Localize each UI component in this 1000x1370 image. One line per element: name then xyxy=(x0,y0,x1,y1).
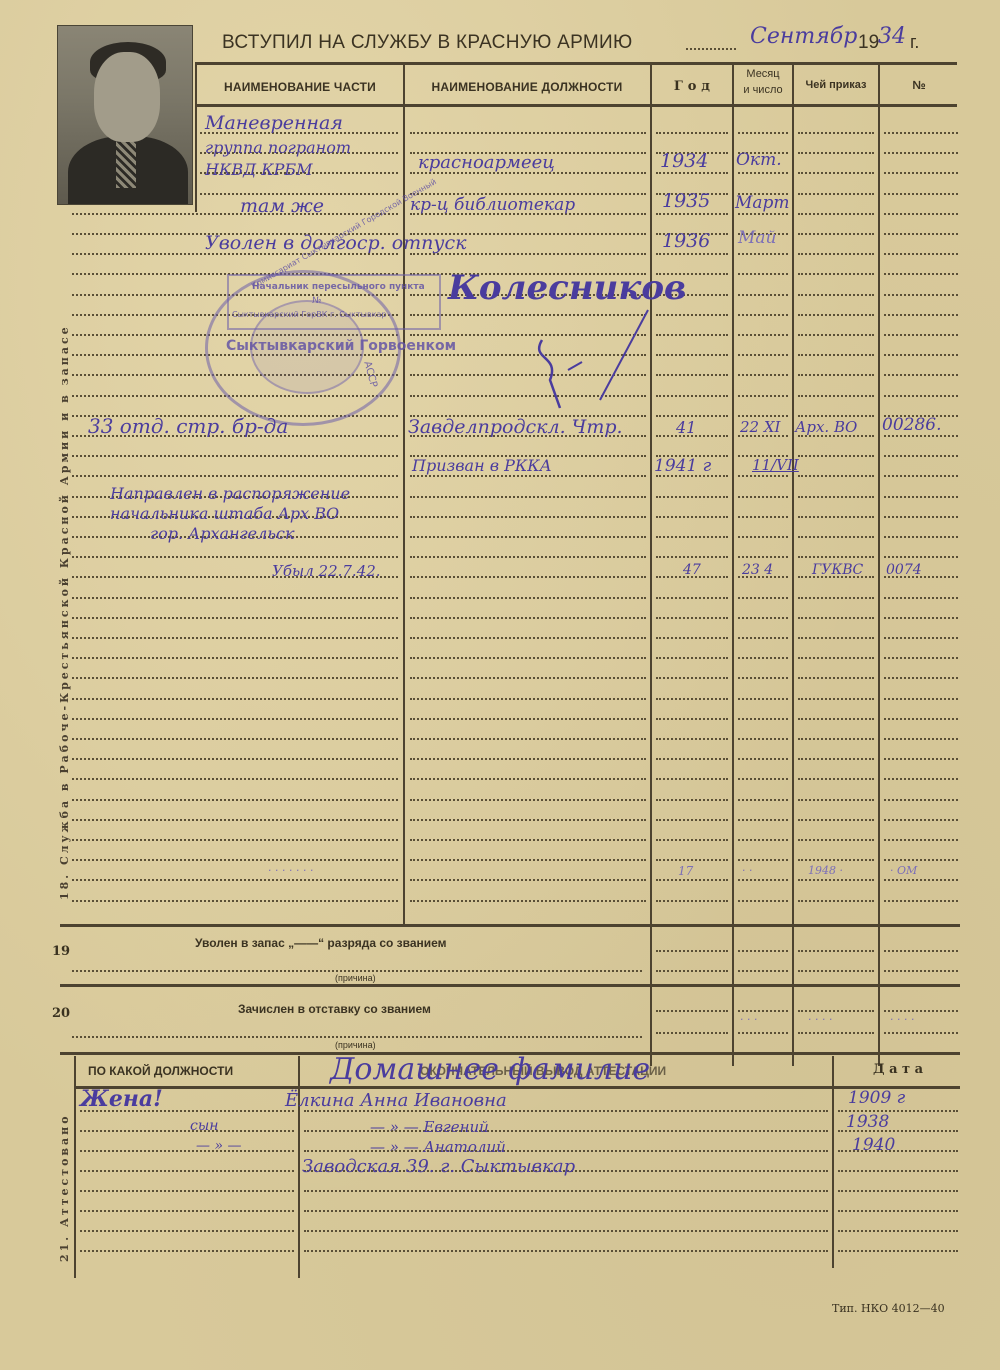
ruled-line xyxy=(410,799,646,801)
entry-month: 22 XI xyxy=(740,418,780,436)
ruled-line xyxy=(738,637,788,639)
section-21-header-date: Д а т а xyxy=(873,1062,923,1077)
faint-unit: · · · · · · · xyxy=(268,864,313,877)
ruled-line xyxy=(798,778,874,780)
ruled-line xyxy=(738,536,788,538)
ruled-line xyxy=(884,839,958,841)
ruled-line xyxy=(884,253,958,255)
ruled-line xyxy=(656,900,728,902)
ruled-line xyxy=(884,597,958,599)
faint-mark: · · · · xyxy=(890,1013,914,1026)
ruled-line xyxy=(80,1190,294,1192)
ruled-line xyxy=(410,859,646,861)
ruled-line xyxy=(410,132,646,134)
entry-order: ГУКВС xyxy=(812,562,863,578)
ruled-line xyxy=(884,455,958,457)
ruled-line xyxy=(656,395,728,397)
ruled-line xyxy=(656,799,728,801)
ruled-line xyxy=(884,314,958,316)
ruled-line xyxy=(656,778,728,780)
entry-year: 47 xyxy=(683,562,701,578)
signature-flourish xyxy=(500,300,660,410)
ruled-line xyxy=(656,859,728,861)
ruled-line xyxy=(72,718,398,720)
ruled-line xyxy=(410,839,646,841)
attest-conclusion: — » — Анатолий xyxy=(370,1138,506,1156)
ruled-line xyxy=(798,718,874,720)
ruled-line xyxy=(656,556,728,558)
ruled-line xyxy=(738,677,788,679)
ruled-line xyxy=(72,738,398,740)
joined-month: Сентябр xyxy=(750,24,857,49)
ruled-line xyxy=(884,778,958,780)
ruled-line xyxy=(72,819,398,821)
ruled-line xyxy=(884,758,958,760)
ruled-line xyxy=(80,1170,294,1172)
ruled-line xyxy=(738,132,788,134)
ruled-line xyxy=(884,516,958,518)
ruled-line xyxy=(798,819,874,821)
ruled-line xyxy=(884,193,958,195)
header-order: Чей приказ xyxy=(794,79,878,91)
header-year: Г о д xyxy=(652,79,732,94)
print-code: Тип. НКО 4012—40 xyxy=(832,1302,945,1315)
ruled-line xyxy=(738,294,788,296)
ruled-line xyxy=(410,819,646,821)
ruled-line xyxy=(798,970,874,972)
ruled-line xyxy=(656,496,728,498)
ruled-line xyxy=(72,900,398,902)
photo-tie xyxy=(116,138,136,188)
entry-year: 1941 г xyxy=(654,456,711,476)
ruled-line xyxy=(798,354,874,356)
ruled-line xyxy=(72,698,398,700)
ruled-line xyxy=(72,657,398,659)
ruled-line xyxy=(656,839,728,841)
photo-face xyxy=(94,52,160,142)
ruled-line xyxy=(738,496,788,498)
ruled-line xyxy=(738,374,788,376)
ruled-line xyxy=(798,496,874,498)
header-number: № xyxy=(880,78,958,92)
attest-date: 1938 xyxy=(846,1112,889,1132)
ruled-line xyxy=(798,516,874,518)
ruled-line xyxy=(884,698,958,700)
ruled-line xyxy=(884,637,958,639)
ruled-line xyxy=(798,314,874,316)
ruled-line xyxy=(656,334,728,336)
section-18-vertical-label: 18. Служба в Рабоче-Крестьянской Красной… xyxy=(58,324,71,900)
ruled-line xyxy=(884,879,958,881)
col-rule-month xyxy=(792,62,794,1066)
ruled-line xyxy=(838,1250,958,1252)
ruled-line xyxy=(410,475,646,477)
ruled-line xyxy=(884,152,958,154)
ruled-line xyxy=(656,132,728,134)
ruled-line xyxy=(884,354,958,356)
ruled-line xyxy=(798,617,874,619)
ruled-line xyxy=(656,516,728,518)
ruled-line xyxy=(410,576,646,578)
entry-unit: Маневренная xyxy=(205,112,343,134)
ruled-line xyxy=(798,556,874,558)
stamp-rect-line2: № xyxy=(312,296,321,306)
ruled-line xyxy=(410,597,646,599)
ruled-line xyxy=(656,172,728,174)
ruled-line xyxy=(738,819,788,821)
ruled-line xyxy=(738,516,788,518)
ruled-line xyxy=(72,778,398,780)
section-20-reason: (причина) xyxy=(335,1040,376,1050)
ruled-line xyxy=(656,718,728,720)
ruled-line xyxy=(798,799,874,801)
ruled-line xyxy=(884,738,958,740)
ruled-line xyxy=(410,879,646,881)
ruled-line xyxy=(304,1190,828,1192)
ruled-line xyxy=(738,657,788,659)
col-rule-year xyxy=(732,62,734,1066)
ruled-line xyxy=(72,213,398,215)
ruled-line xyxy=(798,1010,874,1012)
ruled-line xyxy=(72,859,398,861)
ruled-line xyxy=(656,698,728,700)
ruled-line xyxy=(798,374,874,376)
ruled-line xyxy=(798,213,874,215)
ruled-line xyxy=(884,334,958,336)
entry-year: 1936 xyxy=(662,230,710,252)
ruled-line xyxy=(80,1130,294,1132)
ruled-line xyxy=(798,879,874,881)
entry-position: Завделпродскл. Чтр. xyxy=(408,416,623,438)
entry-position: Призван в РККА xyxy=(412,456,552,475)
ruled-line xyxy=(410,496,646,498)
ruled-line xyxy=(656,354,728,356)
ruled-line xyxy=(884,496,958,498)
joined-day-line xyxy=(686,48,736,50)
ruled-line xyxy=(738,273,788,275)
ruled-line xyxy=(798,900,874,902)
ruled-line xyxy=(410,536,646,538)
ruled-line xyxy=(656,1032,728,1034)
ruled-line xyxy=(884,395,958,397)
attest-position: — » — xyxy=(196,1138,241,1154)
ruled-line xyxy=(798,294,874,296)
ruled-line xyxy=(72,879,398,881)
ruled-line xyxy=(884,435,958,437)
ruled-line xyxy=(738,859,788,861)
ruled-line xyxy=(738,1032,788,1034)
ruled-line xyxy=(798,657,874,659)
ruled-line xyxy=(798,152,874,154)
ruled-line xyxy=(884,233,958,235)
header-position: НАИМЕНОВАНИЕ ДОЛЖНОСТИ xyxy=(406,80,648,94)
ruled-line xyxy=(80,1230,294,1232)
ruled-line xyxy=(884,657,958,659)
entry-month: Окт. xyxy=(736,150,782,170)
ruled-line xyxy=(738,839,788,841)
ruled-line xyxy=(838,1170,958,1172)
faint-year: 17 xyxy=(678,864,693,878)
ruled-line xyxy=(798,597,874,599)
ruled-line xyxy=(838,1210,958,1212)
ruled-line xyxy=(656,637,728,639)
header-month-2: и число xyxy=(734,84,792,96)
ruled-line xyxy=(72,617,398,619)
ruled-line xyxy=(798,273,874,275)
section-20-number: 20 xyxy=(52,1006,70,1021)
ruled-line xyxy=(410,758,646,760)
header-unit: НАИМЕНОВАНИЕ ЧАСТИ xyxy=(200,80,400,94)
ruled-line xyxy=(738,799,788,801)
ruled-line xyxy=(656,879,728,881)
entry-order: Арх. ВО xyxy=(795,418,857,436)
ruled-line xyxy=(738,900,788,902)
header-month-1: Месяц xyxy=(734,68,792,80)
ruled-line xyxy=(656,314,728,316)
ruled-line xyxy=(738,718,788,720)
ruled-line xyxy=(798,415,874,417)
ruled-line xyxy=(738,1010,788,1012)
entry-position: кр-ц библиотекар xyxy=(410,195,575,215)
ruled-line xyxy=(884,617,958,619)
entry-year: 1935 xyxy=(662,190,710,212)
ruled-line xyxy=(884,677,958,679)
col-rule-position xyxy=(650,62,652,1066)
ruled-line xyxy=(798,738,874,740)
section-19-label: Уволен в запас „——“ разряда со званием xyxy=(195,936,447,950)
ruled-line xyxy=(410,617,646,619)
ruled-line xyxy=(738,597,788,599)
faint-mark: · · · · xyxy=(808,1013,832,1026)
ruled-line xyxy=(798,1032,874,1034)
stamp-rect-line3: Сыктывкарский ГорВК г. Сыктывкар xyxy=(232,310,387,319)
ruled-line xyxy=(410,556,646,558)
ruled-line xyxy=(656,677,728,679)
entry-unit: гор. Архангельск xyxy=(150,524,295,543)
entry-unit: 33 отд. стр. бр-да xyxy=(88,414,288,438)
faint-month: · · xyxy=(742,864,753,877)
ruled-line xyxy=(798,536,874,538)
entry-unit: начальника штаба Арх ВО xyxy=(110,504,339,523)
ruled-line xyxy=(884,294,958,296)
ruled-line xyxy=(738,950,788,952)
ruled-line xyxy=(884,799,958,801)
ruled-line xyxy=(798,859,874,861)
ruled-line xyxy=(738,617,788,619)
ruled-line xyxy=(738,879,788,881)
entry-month: Март xyxy=(735,193,790,213)
section-20-label: Зачислен в отставку со званием xyxy=(238,1002,431,1016)
entry-unit: Убыл 22.7.42. xyxy=(272,562,381,580)
entry-unit: Направлен в распоряжение xyxy=(110,484,350,503)
ruled-line xyxy=(738,758,788,760)
entry-number: 0074 xyxy=(886,562,922,578)
ruled-line xyxy=(656,597,728,599)
ruled-line xyxy=(656,738,728,740)
ruled-line xyxy=(884,556,958,558)
ruled-line xyxy=(410,900,646,902)
ruled-line xyxy=(410,778,646,780)
ruled-line xyxy=(798,233,874,235)
entry-year: 1934 xyxy=(660,150,708,172)
ruled-line xyxy=(838,1230,958,1232)
ruled-line xyxy=(656,536,728,538)
ruled-line xyxy=(80,1210,294,1212)
ruled-line xyxy=(884,950,958,952)
ruled-line xyxy=(798,395,874,397)
ruled-line xyxy=(656,415,728,417)
ruled-line xyxy=(798,455,874,457)
section-19-number: 19 xyxy=(52,944,70,959)
ruled-line xyxy=(656,213,728,215)
attest-date: 1909 г xyxy=(848,1088,905,1108)
ruled-line xyxy=(884,536,958,538)
ruled-line xyxy=(738,778,788,780)
col-rule-unit xyxy=(403,62,405,924)
ruled-line xyxy=(304,1230,828,1232)
ruled-line xyxy=(798,839,874,841)
attest-conclusion: Ёлкина Анна Ивановна xyxy=(285,1090,507,1111)
entry-month: Май xyxy=(738,228,777,248)
ruled-line xyxy=(738,354,788,356)
ruled-line xyxy=(838,1190,958,1192)
entry-unit: группа погранот xyxy=(205,138,351,157)
entry-month: 23 4 xyxy=(742,562,773,578)
joined-label: ВСТУПИЛ НА СЛУЖБУ В КРАСНУЮ АРМИЮ xyxy=(222,32,632,54)
attest-position: Жена! xyxy=(80,1086,163,1112)
section-20-rule xyxy=(60,984,960,987)
ruled-line xyxy=(410,637,646,639)
ruled-line xyxy=(80,1150,294,1152)
ruled-line xyxy=(798,758,874,760)
ruled-line xyxy=(656,253,728,255)
ruled-line xyxy=(738,213,788,215)
ruled-line xyxy=(884,819,958,821)
portrait-photo xyxy=(57,25,193,205)
entry-year: 41 xyxy=(676,418,696,437)
ruled-line xyxy=(410,657,646,659)
ruled-line xyxy=(884,374,958,376)
ruled-line xyxy=(884,172,958,174)
ruled-line xyxy=(738,253,788,255)
ruled-line xyxy=(304,1250,828,1252)
ruled-line xyxy=(656,758,728,760)
entry-number: 00286. xyxy=(882,415,941,435)
attest-conclusion: — » — Евгений xyxy=(370,1118,489,1136)
ruled-line xyxy=(738,334,788,336)
ruled-line xyxy=(410,718,646,720)
ruled-line xyxy=(884,132,958,134)
ruled-line xyxy=(798,950,874,952)
ruled-line xyxy=(656,657,728,659)
ruled-line xyxy=(738,172,788,174)
faint-number: · ОМ xyxy=(890,864,917,877)
faint-order: 1948 · xyxy=(808,864,843,877)
joined-year: 34 xyxy=(878,24,906,49)
table-header-rule xyxy=(195,104,957,107)
entry-position: красноармеец xyxy=(418,152,555,173)
col-rule-left xyxy=(195,62,197,212)
year-suffix: г. xyxy=(910,32,919,53)
ruled-line xyxy=(72,455,398,457)
ruled-line xyxy=(738,556,788,558)
ruled-line xyxy=(72,556,398,558)
ruled-line xyxy=(798,637,874,639)
ruled-line xyxy=(656,970,728,972)
ruled-line xyxy=(738,395,788,397)
stamp-rect-line1: Начальник пересыльного пункта xyxy=(252,282,425,292)
section-21-header-position: ПО КАКОЙ ДОЛЖНОСТИ xyxy=(88,1064,233,1078)
ruled-line xyxy=(884,970,958,972)
ruled-line xyxy=(798,475,874,477)
ruled-line xyxy=(884,1010,958,1012)
section-19-line xyxy=(72,970,642,972)
ruled-line xyxy=(410,698,646,700)
ruled-line xyxy=(738,698,788,700)
attest-date: 1940 xyxy=(852,1135,895,1155)
ruled-line xyxy=(410,738,646,740)
ruled-line xyxy=(884,273,958,275)
ruled-line xyxy=(656,819,728,821)
ruled-line xyxy=(656,1010,728,1012)
ruled-line xyxy=(72,637,398,639)
ruled-line xyxy=(72,799,398,801)
entry-unit: там же xyxy=(240,195,324,217)
ruled-line xyxy=(738,970,788,972)
entry-unit: НКВД КРБМ xyxy=(205,160,312,179)
section-19-rule xyxy=(60,924,960,927)
ruled-line xyxy=(72,475,398,477)
ruled-line xyxy=(884,475,958,477)
ruled-line xyxy=(656,950,728,952)
section-21-vertical-label: 21. Аттестовано xyxy=(58,1113,71,1262)
section-20-line xyxy=(72,1036,642,1038)
ruled-line xyxy=(884,718,958,720)
ruled-line xyxy=(656,617,728,619)
ruled-line xyxy=(72,597,398,599)
ruled-line xyxy=(798,172,874,174)
ruled-line xyxy=(72,758,398,760)
ruled-line xyxy=(410,677,646,679)
ruled-line xyxy=(738,314,788,316)
ruled-line xyxy=(884,859,958,861)
ruled-line xyxy=(72,839,398,841)
ruled-line xyxy=(656,374,728,376)
ruled-line xyxy=(738,415,788,417)
ruled-line xyxy=(738,475,788,477)
table-top-rule xyxy=(195,62,957,65)
ruled-line xyxy=(884,900,958,902)
section-19-reason: (причина) xyxy=(335,973,376,983)
section-21-overwrite: Домашнее фамилие xyxy=(330,1052,650,1087)
ruled-line xyxy=(80,1250,294,1252)
ruled-line xyxy=(884,213,958,215)
ruled-line xyxy=(304,1210,828,1212)
ruled-line xyxy=(798,677,874,679)
ruled-line xyxy=(72,677,398,679)
ruled-line xyxy=(798,334,874,336)
ruled-line xyxy=(798,193,874,195)
entry-month: 11/VII xyxy=(752,456,799,474)
attest-conclusion: Заводская 39. г. Сыктывкар xyxy=(302,1156,575,1177)
section-21-left-rule xyxy=(74,1056,76,1278)
faint-mark: · · · xyxy=(740,1013,757,1026)
stamp-main-line: Сыктывкарский Горвоенком xyxy=(226,338,456,354)
ruled-line xyxy=(798,698,874,700)
ruled-line xyxy=(798,253,874,255)
attest-position: сын xyxy=(190,1118,218,1134)
year-prefix: 19 xyxy=(858,32,879,54)
